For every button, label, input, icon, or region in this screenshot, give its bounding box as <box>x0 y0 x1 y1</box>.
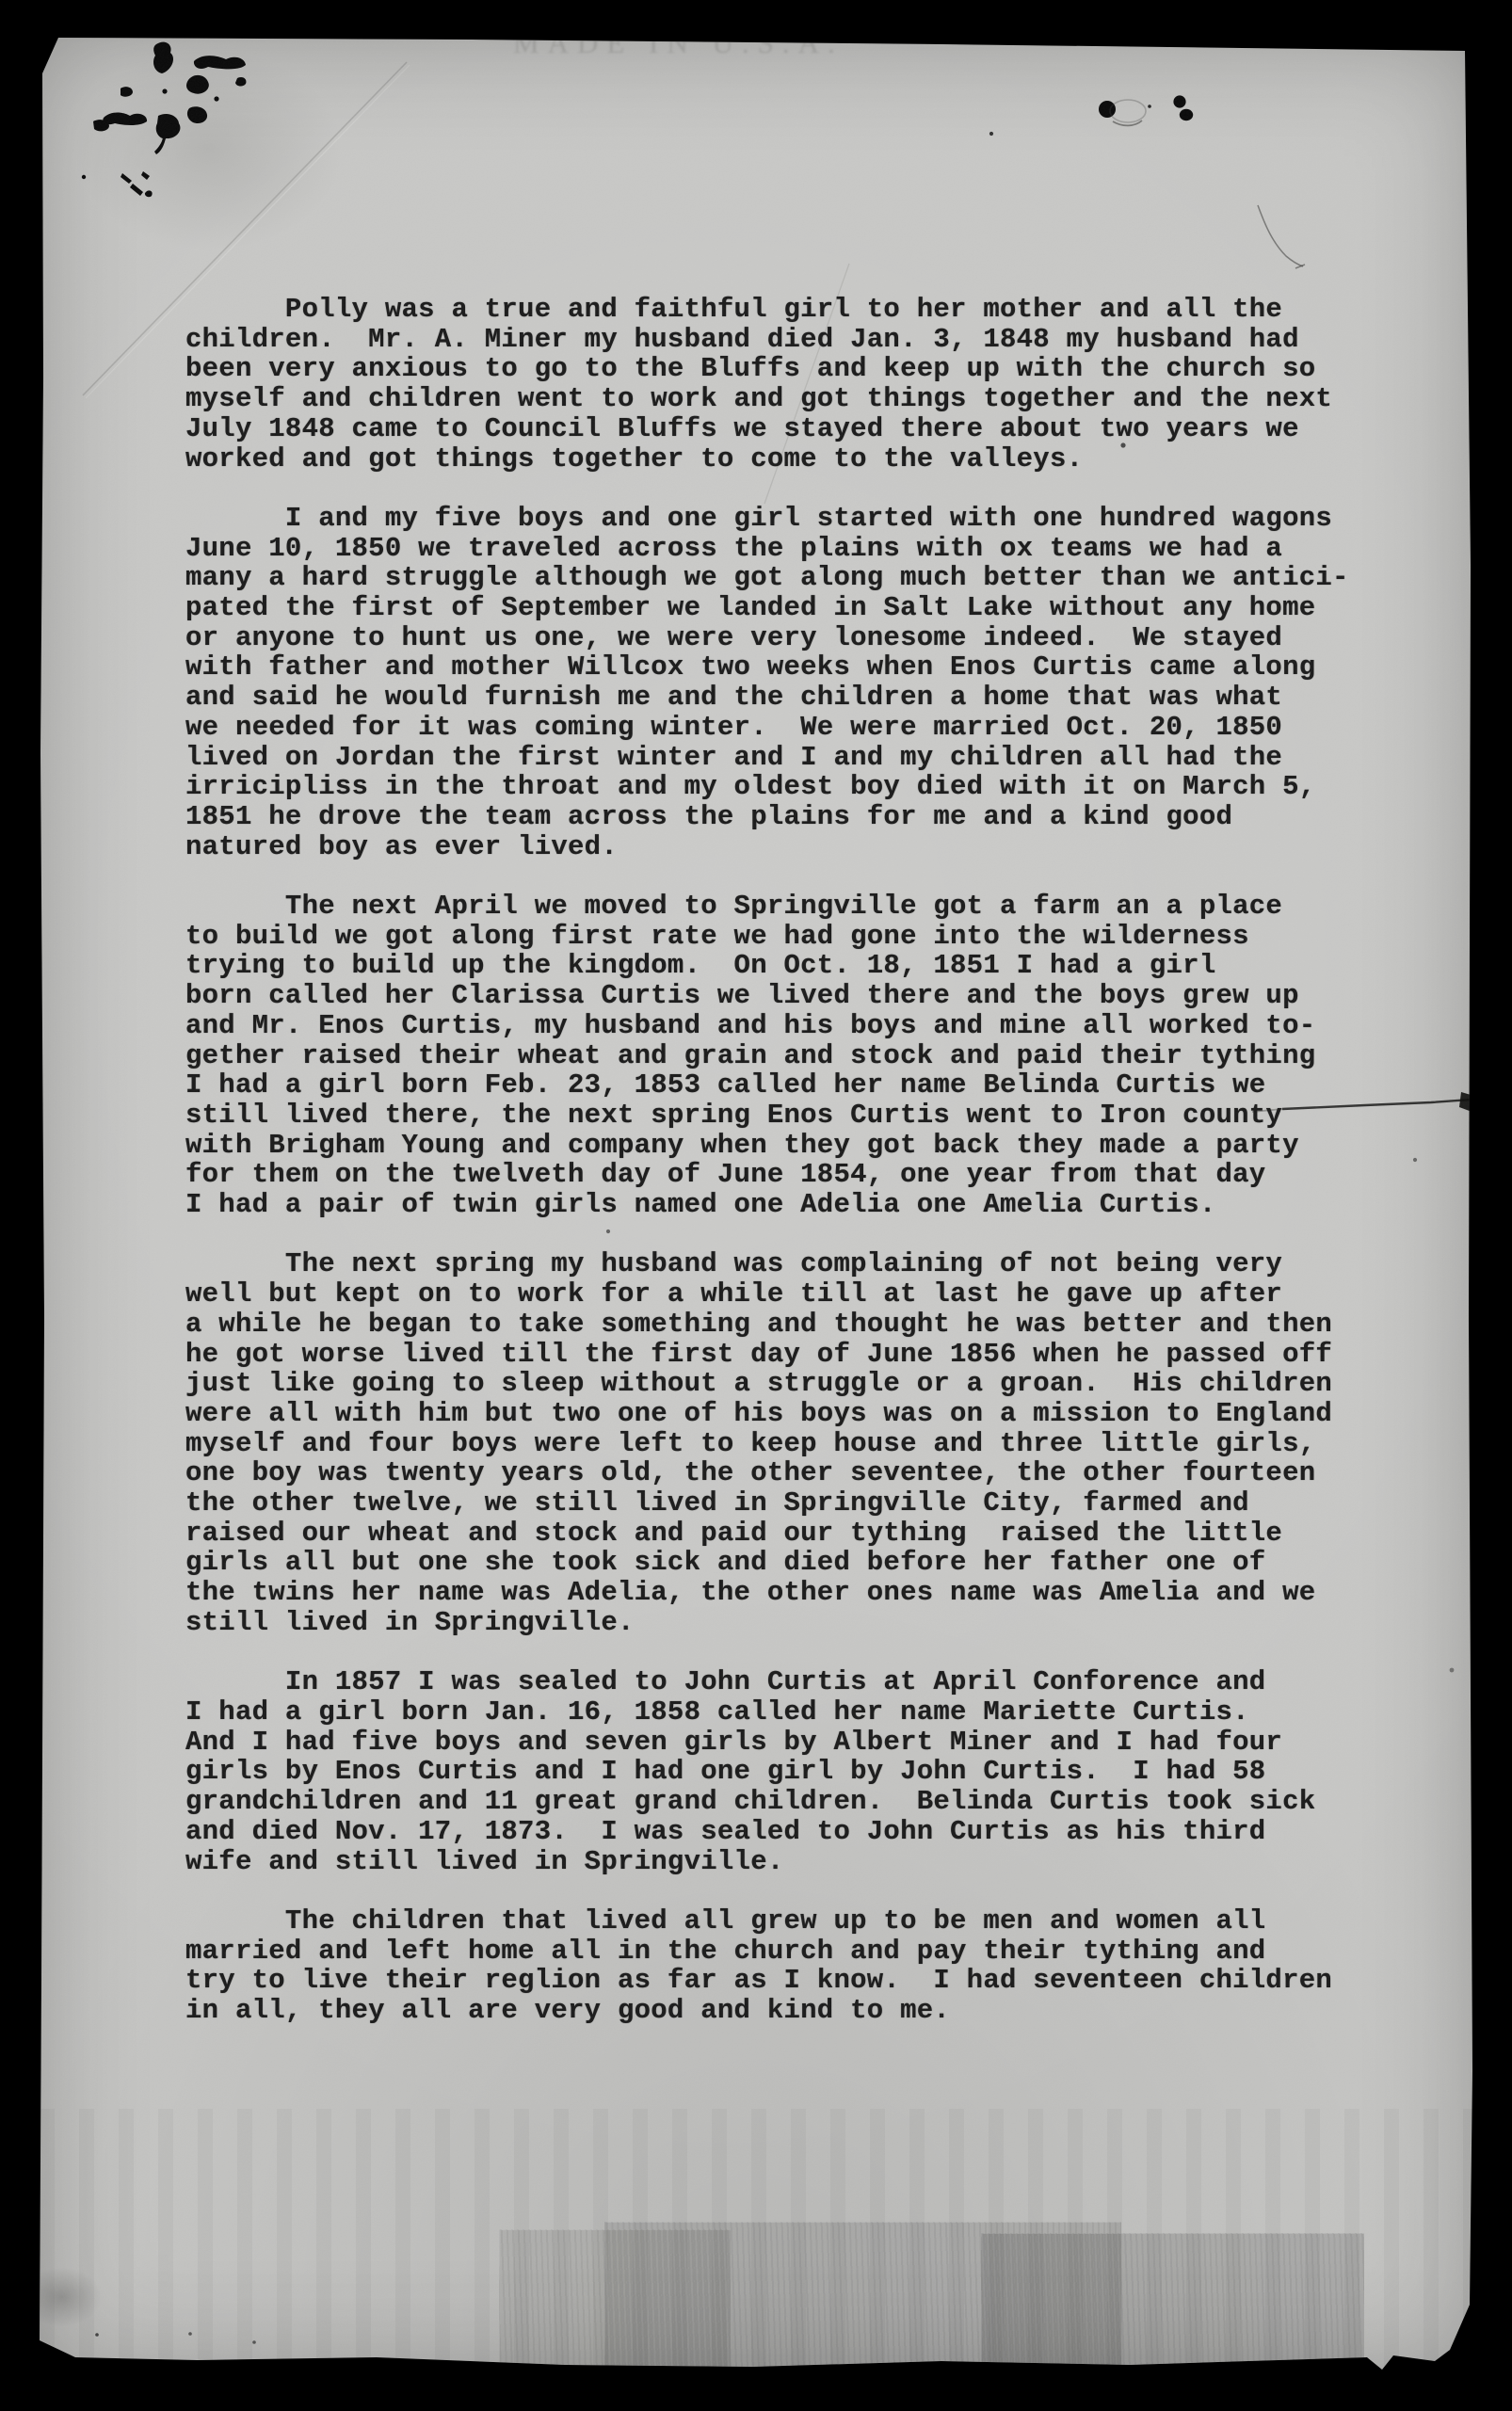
scan-vignette <box>0 0 1512 2411</box>
document-page: MADE IN U.S.A. <box>0 0 1512 2411</box>
scan-background: MADE IN U.S.A. <box>0 0 1512 2411</box>
